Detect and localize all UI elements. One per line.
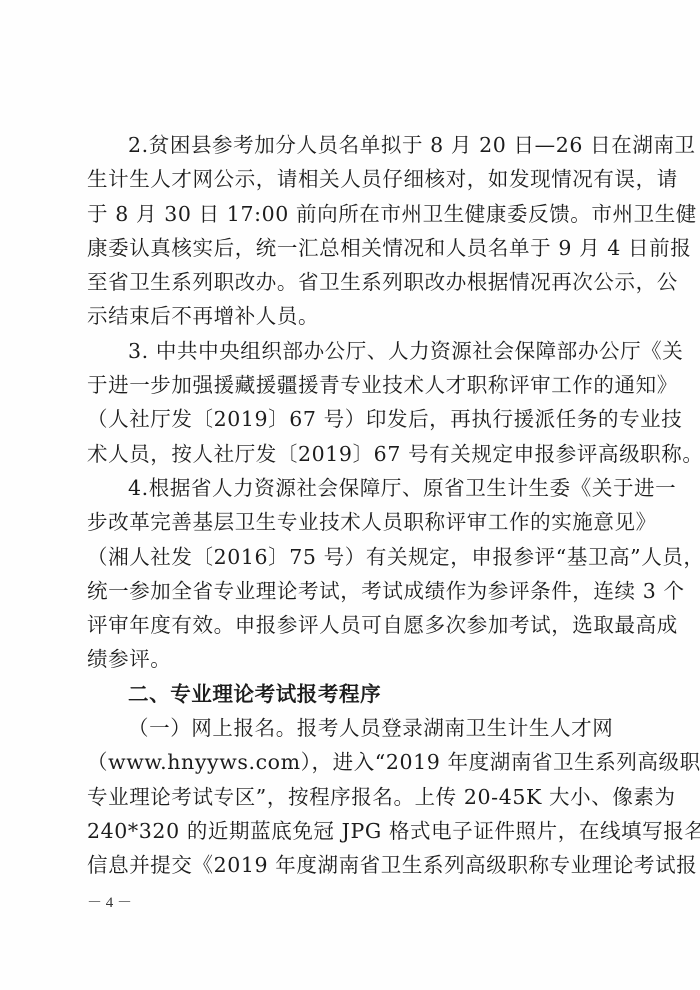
text-line: 评审年度有效。申报参评人员可自愿多次参加考试，选取最高成 bbox=[87, 608, 609, 642]
page-number: － 4 － bbox=[87, 891, 132, 912]
text-line: 术人员，按人社厅发〔2019〕67 号有关规定申报参评高级职称。 bbox=[87, 437, 609, 471]
text-line: 至省卫生系列职改办。省卫生系列职改办根据情况再次公示，公 bbox=[87, 265, 609, 299]
section-heading: 二、专业理论考试报考程序 bbox=[87, 677, 609, 711]
text-line: 绩参评。 bbox=[87, 642, 609, 676]
text-line: 于进一步加强援藏援疆援青专业技术人才职称评审工作的通知》 bbox=[87, 368, 609, 402]
text-line: 2.贫困县参考加分人员名单拟于 8 月 20 日—26 日在湖南卫 bbox=[87, 128, 609, 162]
document-body: 2.贫困县参考加分人员名单拟于 8 月 20 日—26 日在湖南卫 生计生人才网… bbox=[87, 128, 609, 883]
paragraph-item-3: 3. 中共中央组织部办公厅、人力资源社会保障部办公厅《关 于进一步加强援藏援疆援… bbox=[87, 334, 609, 471]
text-line: （一）网上报名。报考人员登录湖南卫生计生人才网 bbox=[87, 711, 609, 745]
text-line: 信息并提交《2019 年度湖南省卫生系列高级职称专业理论考试报 bbox=[87, 848, 609, 882]
text-line: 240*320 的近期蓝底免冠 JPG 格式电子证件照片，在线填写报名 bbox=[87, 814, 609, 848]
text-line: 康委认真核实后，统一汇总相关情况和人员名单于 9 月 4 日前报 bbox=[87, 231, 609, 265]
paragraph-online-registration: （一）网上报名。报考人员登录湖南卫生计生人才网 （www.hnyyws.com）… bbox=[87, 711, 609, 882]
text-line: 示结束后不再增补人员。 bbox=[87, 299, 609, 333]
text-line: 4.根据省人力资源社会保障厅、原省卫生计生委《关于进一 bbox=[87, 471, 609, 505]
text-line: 步改革完善基层卫生专业技术人员职称评审工作的实施意见》 bbox=[87, 505, 609, 539]
text-line: （www.hnyyws.com），进入“2019 年度湖南省卫生系列高级职称 bbox=[87, 745, 609, 779]
paragraph-item-4: 4.根据省人力资源社会保障厅、原省卫生计生委《关于进一 步改革完善基层卫生专业技… bbox=[87, 471, 609, 677]
text-line: 生计生人才网公示，请相关人员仔细核对，如发现情况有误，请 bbox=[87, 162, 609, 196]
text-line: 统一参加全省专业理论考试，考试成绩作为参评条件，连续 3 个 bbox=[87, 574, 609, 608]
document-page: 2.贫困县参考加分人员名单拟于 8 月 20 日—26 日在湖南卫 生计生人才网… bbox=[0, 0, 700, 990]
text-line: （人社厅发〔2019〕67 号）印发后，再执行援派任务的专业技 bbox=[87, 402, 609, 436]
text-line: 3. 中共中央组织部办公厅、人力资源社会保障部办公厅《关 bbox=[87, 334, 609, 368]
text-line: 专业理论考试专区”，按程序报名。上传 20-45K 大小、像素为 bbox=[87, 780, 609, 814]
text-line: （湘人社发〔2016〕75 号）有关规定，申报参评“基卫高”人员， bbox=[87, 540, 609, 574]
paragraph-item-2: 2.贫困县参考加分人员名单拟于 8 月 20 日—26 日在湖南卫 生计生人才网… bbox=[87, 128, 609, 334]
text-line: 于 8 月 30 日 17:00 前向所在市州卫生健康委反馈。市州卫生健 bbox=[87, 197, 609, 231]
